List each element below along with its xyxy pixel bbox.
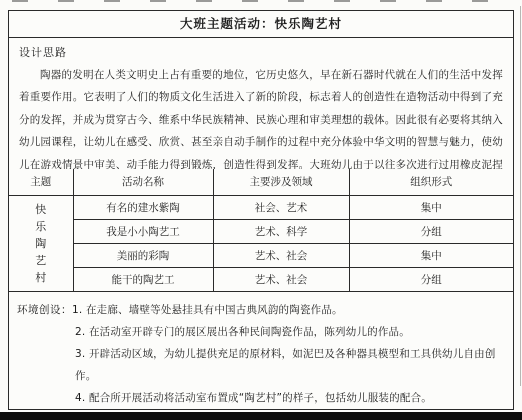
activities-table: 主题 活动名称 主要涉及领域 组织形式 快乐陶艺村 有名的建水紫陶 社会、艺术 … xyxy=(9,169,513,291)
theme-cell: 快乐陶艺村 xyxy=(9,195,73,291)
cell-domains: 艺术、科学 xyxy=(213,219,349,243)
cell-activity: 美丽的彩陶 xyxy=(73,243,213,267)
cell-organization: 分组 xyxy=(349,267,513,291)
cell-organization: 分组 xyxy=(349,219,513,243)
scan-noise-top xyxy=(12,0,518,2)
design-paragraph: 陶器的发明在人类文明史上占有重要的地位，它历史悠久，早在新石器时代就在人们的生活… xyxy=(19,64,503,169)
cell-organization: 集中 xyxy=(349,195,513,219)
cell-activity: 能干的陶艺工 xyxy=(73,267,213,291)
document-sheet: 大班主题活动：快乐陶艺村 设计思路 陶器的发明在人类文明史上占有重要的地位，它历… xyxy=(8,10,514,410)
table-row: 美丽的彩陶 艺术、社会 集中 xyxy=(9,243,513,267)
header-domains: 主要涉及领域 xyxy=(213,169,349,195)
cell-domains: 艺术、社会 xyxy=(213,243,349,267)
cell-organization: 集中 xyxy=(349,243,513,267)
header-activity: 活动名称 xyxy=(73,169,213,195)
design-section: 设计思路 陶器的发明在人类文明史上占有重要的地位，它历史悠久，早在新石器时代就在… xyxy=(9,38,513,169)
design-section-label: 设计思路 xyxy=(19,42,503,64)
theme-vertical-text: 快乐陶艺村 xyxy=(35,201,46,286)
table-row: 我是小小陶艺工 艺术、科学 分组 xyxy=(9,219,513,243)
scan-bottom-bar xyxy=(0,412,522,420)
cell-domains: 社会、艺术 xyxy=(213,195,349,219)
scanned-document-page: 大班主题活动：快乐陶艺村 设计思路 陶器的发明在人类文明史上占有重要的地位，它历… xyxy=(0,0,522,420)
environment-item: 1. 在走廊、墙壁等处悬挂具有中国古典风韵的陶瓷作品。 xyxy=(72,299,343,321)
table-header-row: 主题 活动名称 主要涉及领域 组织形式 xyxy=(9,169,513,195)
environment-line: 环境创设： 1. 在走廊、墙壁等处悬挂具有中国古典风韵的陶瓷作品。 xyxy=(17,299,505,321)
cell-activity: 我是小小陶艺工 xyxy=(73,219,213,243)
cell-domains: 艺术、社会 xyxy=(213,267,349,291)
header-organization: 组织形式 xyxy=(349,169,513,195)
scan-noise-right xyxy=(520,6,521,386)
table-row: 能干的陶艺工 艺术、社会 分组 xyxy=(9,267,513,291)
document-title: 大班主题活动：快乐陶艺村 xyxy=(9,11,513,38)
table-row: 快乐陶艺村 有名的建水紫陶 社会、艺术 集中 xyxy=(9,195,513,219)
environment-label: 环境创设： xyxy=(17,299,72,321)
header-theme: 主题 xyxy=(9,169,73,195)
environment-item: 2. 在活动室开辟专门的展区展出各种民间陶瓷作品，陈列幼儿的作品。 xyxy=(75,321,505,343)
environment-item: 3. 开辟活动区域，为幼儿提供充足的原材料，如泥巴及各种器具模型和工具供幼儿自由… xyxy=(75,343,505,387)
environment-section: 环境创设： 1. 在走廊、墙壁等处悬挂具有中国古典风韵的陶瓷作品。 2. 在活动… xyxy=(9,291,513,409)
cell-activity: 有名的建水紫陶 xyxy=(73,195,213,219)
environment-item: 4. 配合所开展活动将活动室布置成“陶艺村”的样子，包括幼儿服装的配合。 xyxy=(75,387,505,409)
